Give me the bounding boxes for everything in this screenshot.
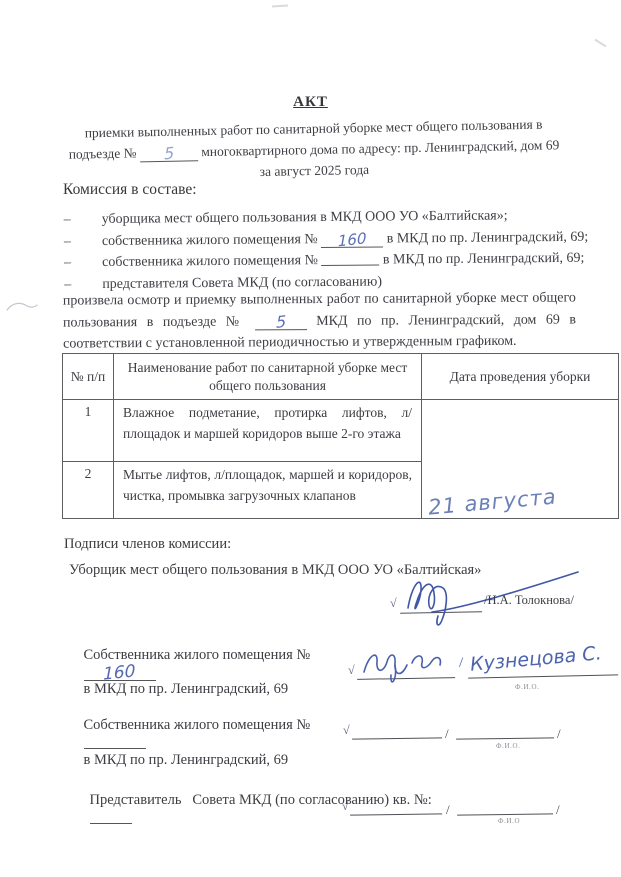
owner2-apt-blank bbox=[84, 734, 146, 749]
scan-speck-top bbox=[272, 4, 288, 7]
row-num: 2 bbox=[63, 462, 114, 519]
entrance-number-handwritten: 5 bbox=[164, 146, 174, 161]
apartment-number-blank-empty bbox=[321, 251, 379, 267]
subtitle-line3: за август 2025 года bbox=[260, 162, 370, 179]
member-text: собственника жилого помещения № bbox=[102, 253, 318, 270]
owner2-pre: Собственника жилого помещения № bbox=[84, 717, 311, 733]
representative-name-line bbox=[457, 797, 553, 815]
inspection-entrance-blank: 5 bbox=[255, 315, 307, 330]
representative-signature-line bbox=[350, 797, 442, 815]
pencil-mark-left-margin bbox=[5, 298, 39, 316]
commission-members-list: – уборщика мест общего пользования в МКД… bbox=[64, 206, 590, 297]
date-cell: 21 августа bbox=[422, 400, 619, 519]
header-date: Дата проведения уборки bbox=[422, 354, 619, 400]
inspection-paragraph: произвела осмотр и приемку выполненных р… bbox=[63, 287, 576, 355]
owner2-signature-label: Собственника жилого помещения № в МКД по… bbox=[69, 700, 310, 786]
work-table: № п/п Наименование работ по санитарной у… bbox=[62, 353, 619, 519]
header-work: Наименование работ по санитарной уборке … bbox=[114, 354, 422, 400]
representative-apt-blank bbox=[90, 809, 132, 824]
list-dash: – bbox=[64, 253, 71, 274]
checkmark: √ bbox=[342, 799, 349, 814]
owner1-apt-blank: 160 bbox=[84, 666, 156, 681]
row-work: Мытье лифтов, л/площадок, маршей и корид… bbox=[114, 462, 422, 519]
apartment-number-blank: 160 bbox=[321, 232, 383, 248]
row-num: 1 bbox=[63, 400, 114, 462]
signatures-heading: Подписи членов комиссии: bbox=[64, 536, 231, 553]
subtitle-line1: приемки выполненных работ по санитарной … bbox=[85, 117, 543, 141]
member-text-post: в МКД по пр. Ленинградский, 69; bbox=[387, 229, 589, 246]
checkmark: √ bbox=[343, 723, 350, 738]
table-header-row: № п/п Наименование работ по санитарной у… bbox=[63, 354, 619, 400]
table-row: 1 Влажное подметание, протирка лифтов, л… bbox=[63, 400, 619, 462]
owner2-signature-line bbox=[352, 721, 442, 739]
member-text: собственника жилого помещения № bbox=[102, 232, 318, 249]
owner1-signature-scribble bbox=[360, 644, 456, 688]
checkmark: √ bbox=[390, 596, 397, 611]
owner1-apt-handwritten: 160 bbox=[103, 664, 135, 681]
list-dash: – bbox=[64, 210, 71, 231]
handwritten-slash: / bbox=[459, 655, 463, 672]
list-dash: – bbox=[64, 232, 71, 253]
subtitle-line2-post: многоквартирного дома по адресу: пр. Лен… bbox=[201, 137, 559, 159]
header-num: № п/п bbox=[63, 354, 114, 400]
checkmark: √ bbox=[348, 663, 355, 678]
slash: / bbox=[446, 802, 450, 818]
commission-heading: Комиссия в составе: bbox=[63, 181, 197, 199]
apartment-number-handwritten: 160 bbox=[338, 231, 367, 248]
document-subtitle: приемки выполненных работ по санитарной … bbox=[63, 113, 564, 186]
cleaning-date-handwritten: 21 августа bbox=[427, 484, 557, 519]
slash: / bbox=[445, 726, 449, 742]
inspection-entrance-handwritten: 5 bbox=[276, 314, 286, 329]
fio-label-short: Ф.И.О bbox=[498, 817, 520, 825]
owner2-name-line bbox=[456, 721, 554, 739]
owner2-post: в МКД по пр. Ленинградский, 69 bbox=[84, 752, 289, 768]
entrance-number-blank: 5 bbox=[140, 146, 198, 162]
fio-label: Ф.И.О. bbox=[515, 683, 540, 691]
cleaner-typed-name: /Н.А. Толокнова/ bbox=[484, 593, 574, 608]
member-text-post: в МКД по пр. Ленинградский, 69; bbox=[383, 251, 585, 268]
member-text: уборщика мест общего пользования в МКД О… bbox=[102, 208, 508, 227]
slash: / bbox=[557, 726, 561, 742]
row-work: Влажное подметание, протирка лифтов, л/п… bbox=[114, 400, 422, 462]
fio-label: Ф.И.О. bbox=[496, 742, 521, 750]
document-title: АКТ bbox=[0, 94, 621, 111]
scan-speck-right bbox=[595, 39, 607, 47]
owner1-pre: Собственника жилого помещения № bbox=[84, 647, 311, 663]
subtitle-line2-pre: подъезде № bbox=[69, 145, 137, 161]
slash: / bbox=[556, 802, 560, 818]
